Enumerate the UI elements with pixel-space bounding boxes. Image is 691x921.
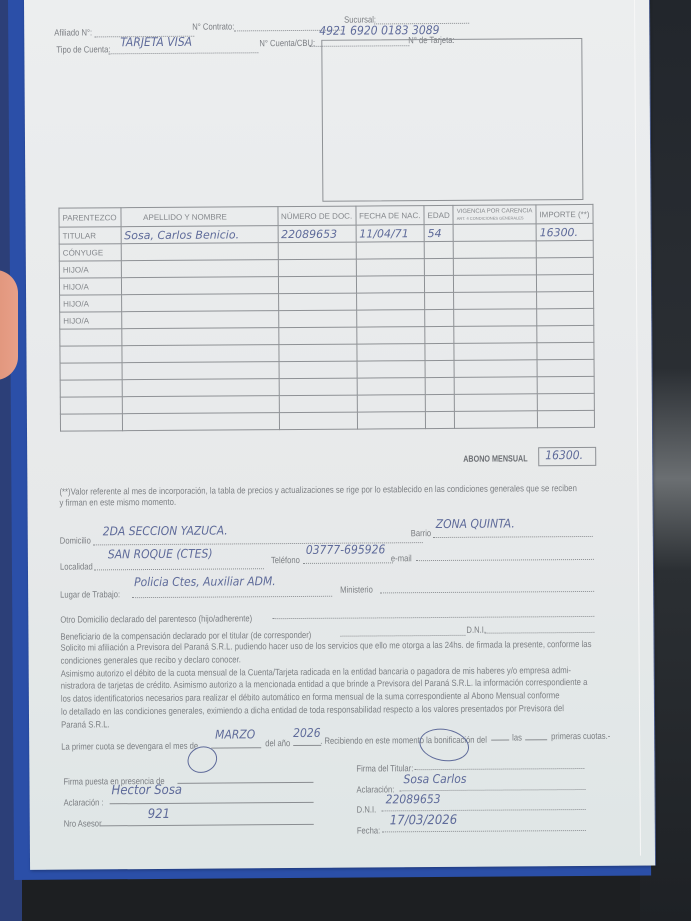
beneficiario-dni-label: D.N.I. bbox=[466, 625, 486, 635]
cell-vigencia[interactable] bbox=[454, 258, 537, 276]
asesor-value: 921 bbox=[148, 807, 170, 822]
trabajo-field[interactable] bbox=[132, 596, 332, 598]
legal-line: lo detallado en las condiciones generale… bbox=[61, 703, 564, 718]
asesor-label: Nro Asesor bbox=[64, 818, 102, 828]
cuota-prefix: La primer cuota se devengara el mes de bbox=[61, 741, 198, 752]
cuota-anio-value: 2026 bbox=[293, 726, 321, 740]
form-sheet: SOLICITUD DE INCORPORACIÓN Afiliado N°: … bbox=[24, 0, 655, 870]
cell-importe[interactable]: 16300. bbox=[536, 223, 593, 240]
cell-parentezco bbox=[60, 346, 122, 363]
beneficiario-dni-field[interactable] bbox=[484, 632, 594, 634]
cell-parentezco bbox=[60, 397, 122, 414]
cell-vigencia[interactable] bbox=[454, 275, 537, 293]
legal-line: Solicito mi afiliación a Previsora del P… bbox=[60, 639, 591, 654]
cell-vigencia[interactable] bbox=[453, 241, 536, 259]
cell-parentezco: HIJO/A bbox=[59, 261, 121, 278]
col-vigencia-subtitle: ART. 4 CONDICIONES GENERALES bbox=[457, 215, 533, 221]
footnote-line-2: y firman en este mismo momento. bbox=[59, 497, 176, 509]
cell-nac[interactable] bbox=[356, 259, 424, 276]
titular-dni-field[interactable] bbox=[382, 809, 586, 811]
cell-importe[interactable] bbox=[537, 308, 594, 325]
titular-dni-value: 22089653 bbox=[386, 792, 441, 806]
cell-nac[interactable] bbox=[357, 344, 425, 361]
abono-mensual-box[interactable]: 16300. bbox=[538, 447, 596, 466]
cell-importe[interactable] bbox=[537, 325, 594, 342]
cell-nac[interactable] bbox=[356, 242, 424, 259]
table-row bbox=[60, 410, 594, 431]
cell-doc[interactable] bbox=[278, 293, 356, 311]
ministerio-label: Ministerio bbox=[340, 584, 373, 594]
beneficiario-label: Beneficiario de la compensación declarad… bbox=[60, 630, 311, 642]
trabajo-label: Lugar de Trabajo: bbox=[60, 589, 120, 599]
presencia-signature-line[interactable] bbox=[177, 782, 313, 784]
col-nombre: APELLIDO Y NOMBRE bbox=[121, 207, 278, 227]
cell-importe[interactable] bbox=[537, 410, 594, 427]
cell-vigencia[interactable] bbox=[454, 343, 537, 361]
cell-doc[interactable] bbox=[278, 276, 356, 294]
titular-signature bbox=[417, 725, 472, 765]
fecha-label: Fecha: bbox=[357, 825, 380, 835]
cell-vigencia[interactable] bbox=[454, 394, 537, 412]
cell-importe[interactable] bbox=[537, 359, 594, 376]
cell-doc[interactable] bbox=[279, 361, 357, 379]
col-parentezco: PARENTEZCO bbox=[59, 208, 121, 227]
cell-parentezco: HIJO/A bbox=[59, 278, 121, 295]
card-photocopy-box bbox=[321, 38, 583, 202]
domicilio-label: Domicilio bbox=[60, 535, 91, 545]
cell-nombre[interactable] bbox=[121, 243, 278, 261]
localidad-value: SAN ROQUE (CTES) bbox=[108, 547, 213, 562]
cell-importe[interactable] bbox=[536, 274, 593, 291]
cell-edad[interactable] bbox=[425, 309, 454, 326]
aclaracion-right-field[interactable] bbox=[400, 789, 586, 791]
bonif-field[interactable] bbox=[491, 740, 509, 741]
contrato-label: N° Contrato: bbox=[192, 21, 234, 31]
cell-nac[interactable] bbox=[356, 327, 424, 344]
cell-doc[interactable] bbox=[278, 242, 356, 260]
cuota-mes-field[interactable] bbox=[211, 747, 261, 748]
cell-vigencia[interactable] bbox=[454, 292, 537, 310]
titular-signature-line[interactable] bbox=[414, 768, 584, 770]
cell-nombre[interactable]: Sosa, Carlos Benicio. bbox=[121, 226, 278, 244]
beneficiario-field[interactable] bbox=[340, 635, 465, 637]
cell-edad[interactable] bbox=[425, 411, 454, 428]
telefono-value: 03777-695926 bbox=[306, 542, 386, 557]
las-field[interactable] bbox=[525, 739, 547, 740]
barrio-label: Barrio bbox=[411, 528, 431, 538]
cell-doc[interactable] bbox=[278, 259, 356, 277]
otro-domicilio-label: Otro Domicilio declarado del parentesco … bbox=[60, 613, 252, 624]
cuenta-cbu-label: N° Cuenta/CBU: bbox=[259, 38, 315, 48]
telefono-label: Teléfono bbox=[271, 555, 300, 565]
cell-nac[interactable] bbox=[357, 412, 425, 429]
legal-line: condiciones generales que recibo y decla… bbox=[61, 654, 241, 666]
email-field[interactable] bbox=[416, 559, 594, 561]
cell-edad[interactable] bbox=[424, 275, 453, 292]
cell-nac[interactable]: 11/04/71 bbox=[356, 225, 424, 242]
cell-importe[interactable] bbox=[536, 257, 593, 274]
cell-importe[interactable] bbox=[537, 393, 594, 410]
cell-vigencia[interactable] bbox=[455, 411, 538, 429]
legal-line: los datos identificatorios necesarios pa… bbox=[61, 690, 560, 704]
afiliado-label: Afiliado N°: bbox=[54, 27, 92, 37]
family-table: PARENTEZCO APELLIDO Y NOMBRE NÚMERO DE D… bbox=[58, 204, 595, 432]
cuota-mes-value: MARZO bbox=[215, 727, 255, 741]
cell-parentezco bbox=[60, 414, 122, 431]
col-vigencia-title: VIGENCIA POR CARENCIA bbox=[457, 208, 533, 215]
email-label: e-mail bbox=[391, 553, 412, 563]
abono-mensual-label: ABONO MENSUAL bbox=[463, 453, 527, 463]
cell-nac[interactable] bbox=[356, 276, 424, 293]
trabajo-value: Policia Ctes, Auxiliar ADM. bbox=[134, 574, 276, 589]
cell-vigencia[interactable] bbox=[454, 309, 537, 327]
cell-vigencia[interactable] bbox=[454, 326, 537, 344]
cell-edad[interactable] bbox=[425, 343, 454, 360]
barrio-field[interactable] bbox=[433, 536, 593, 538]
cell-importe[interactable] bbox=[537, 376, 594, 393]
barrio-value: ZONA QUINTA. bbox=[436, 516, 515, 531]
cell-edad[interactable] bbox=[425, 394, 454, 411]
col-importe: IMPORTE (**) bbox=[536, 204, 593, 223]
cell-nombre[interactable] bbox=[121, 328, 278, 346]
otro-domicilio-field[interactable] bbox=[272, 616, 594, 619]
cell-nac[interactable] bbox=[356, 293, 424, 310]
cell-parentezco: HIJO/A bbox=[60, 312, 122, 329]
tipo-cuenta-label: Tipo de Cuenta: bbox=[56, 44, 110, 54]
cell-vigencia[interactable] bbox=[454, 360, 537, 378]
abono-mensual-value: 16300. bbox=[545, 448, 583, 462]
cell-doc[interactable] bbox=[279, 395, 357, 413]
cell-edad[interactable] bbox=[424, 241, 453, 258]
col-vigencia: VIGENCIA POR CARENCIAART. 4 CONDICIONES … bbox=[453, 205, 536, 225]
aclaracion-left-label: Aclaración : bbox=[64, 797, 104, 807]
cell-doc[interactable] bbox=[278, 344, 356, 362]
cell-nombre[interactable] bbox=[121, 277, 278, 295]
cell-nac[interactable] bbox=[357, 395, 425, 412]
cell-nombre[interactable] bbox=[121, 260, 278, 278]
localidad-label: Localidad bbox=[60, 561, 93, 571]
legal-line: Paraná S.R.L. bbox=[61, 719, 110, 730]
domicilio-value: 2DA SECCION YAZUCA. bbox=[103, 523, 228, 538]
blue-folder: SOLICITUD DE INCORPORACIÓN Afiliado N°: … bbox=[8, 0, 651, 880]
aclaracion-left-value: Hector Sosa bbox=[111, 783, 182, 798]
tipo-cuenta-value: TARJETA VISA bbox=[120, 35, 192, 50]
footnote-line-1: (**)Valor referente al mes de incorporac… bbox=[59, 483, 577, 498]
cell-doc[interactable]: 22089653 bbox=[278, 225, 356, 243]
ministerio-field[interactable] bbox=[380, 591, 594, 593]
cell-importe[interactable] bbox=[536, 240, 593, 257]
cell-doc[interactable] bbox=[278, 310, 356, 328]
cell-importe[interactable] bbox=[536, 291, 593, 308]
page-edge bbox=[634, 0, 641, 856]
cuota-suffix: primeras cuotas.- bbox=[551, 731, 610, 741]
cell-parentezco bbox=[60, 363, 122, 380]
cell-edad[interactable] bbox=[425, 360, 454, 377]
cell-edad[interactable] bbox=[425, 326, 454, 343]
titular-dni-label: D.N.I. bbox=[357, 804, 377, 814]
finger bbox=[0, 270, 18, 380]
localidad-field[interactable] bbox=[94, 568, 264, 570]
cell-nombre[interactable] bbox=[122, 413, 279, 431]
cell-parentezco bbox=[60, 329, 122, 346]
cell-nac[interactable] bbox=[356, 310, 424, 327]
cell-edad[interactable] bbox=[425, 292, 454, 309]
cuota-anio-field[interactable] bbox=[293, 745, 321, 746]
cell-nombre[interactable] bbox=[122, 362, 279, 380]
cell-vigencia[interactable] bbox=[453, 224, 536, 242]
cell-nombre[interactable] bbox=[121, 294, 278, 312]
cell-nombre[interactable] bbox=[122, 396, 279, 414]
cell-doc[interactable] bbox=[278, 327, 356, 345]
cuota-las-label: las bbox=[512, 732, 522, 742]
cell-doc[interactable] bbox=[279, 412, 357, 430]
cell-nac[interactable] bbox=[357, 378, 425, 395]
cell-edad[interactable]: 54 bbox=[424, 224, 453, 241]
fecha-field[interactable] bbox=[382, 830, 586, 832]
cell-nombre[interactable] bbox=[121, 311, 278, 329]
cell-nombre[interactable] bbox=[122, 379, 279, 397]
aclaracion-right-value: Sosa Carlos bbox=[403, 772, 466, 786]
cell-edad[interactable] bbox=[424, 258, 453, 275]
cell-nac[interactable] bbox=[357, 361, 425, 378]
fecha-value: 17/03/2026 bbox=[390, 813, 458, 828]
col-nac: FECHA DE NAC. bbox=[356, 206, 424, 225]
cell-importe[interactable] bbox=[537, 342, 594, 359]
cell-vigencia[interactable] bbox=[454, 377, 537, 395]
telefono-field[interactable] bbox=[303, 562, 393, 564]
asesor-field[interactable] bbox=[100, 824, 314, 826]
cell-parentezco: TITULAR bbox=[59, 227, 121, 244]
col-doc: NÚMERO DE DOC. bbox=[277, 206, 355, 226]
tipo-cuenta-field[interactable] bbox=[108, 52, 258, 54]
aclaracion-left-field[interactable] bbox=[110, 802, 314, 804]
col-edad: EDAD bbox=[424, 205, 453, 224]
cuota-anio-label: del año bbox=[265, 738, 290, 748]
cell-parentezco: HIJO/A bbox=[60, 295, 122, 312]
cell-doc[interactable] bbox=[279, 378, 357, 396]
cell-parentezco: CÓNYUGE bbox=[59, 244, 121, 261]
cell-nombre[interactable] bbox=[122, 345, 279, 363]
cell-parentezco bbox=[60, 380, 122, 397]
cell-edad[interactable] bbox=[425, 377, 454, 394]
